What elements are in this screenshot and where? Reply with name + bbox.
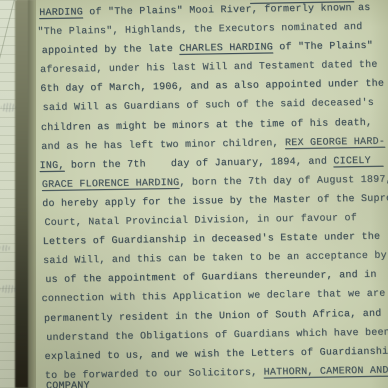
line-text: , born the 7th day of August 1897, xyxy=(179,174,388,188)
margin-annotation xyxy=(1,103,16,112)
facing-page-rule xyxy=(0,0,15,65)
line-text: and as he has left two minor children, xyxy=(41,138,285,153)
line-text: us of the appointment of Guardians there… xyxy=(45,270,376,286)
line-text: "The Plains", Highlands, the Executors n… xyxy=(37,22,362,38)
line-text: Court, Natal Provincial Division, in our… xyxy=(44,213,357,229)
underlined-name: HATHORN, CAMERON AND xyxy=(264,365,388,378)
line-text: aforesaid, under his last Will and Testa… xyxy=(40,60,378,76)
cutoff-word-fragment-bottom: COMPANY xyxy=(46,381,90,388)
margin-annotation xyxy=(0,285,17,293)
line-text: permanently resident in the Union of Sou… xyxy=(44,308,382,324)
line-text: of "The Plains" Mooi River, formerly kno… xyxy=(83,3,371,19)
line-text: said Will as Guardians of such of the sa… xyxy=(43,98,374,114)
underlined-name: HARDING xyxy=(39,7,83,19)
document-lines: HARDING of "The Plains" Mooi River, form… xyxy=(39,0,388,386)
line-text: to be forwarded to our Solicitors, xyxy=(45,367,264,381)
line-text: connection with this Application we decl… xyxy=(42,289,386,305)
underlined-name: ING, xyxy=(39,160,64,171)
underlined-name: REX GEORGE HARD- xyxy=(285,136,385,149)
line-text: understand the Obligations of Guardians … xyxy=(46,327,388,343)
line-text: born the 7th day of January, 1894, and xyxy=(64,156,333,171)
line-text: explained to us, and we wish the Letters… xyxy=(44,346,388,362)
underlined-name: GRACE FLORENCE HARDING xyxy=(42,178,180,191)
scanned-document: AUGUSTUS HARDING of "The Plains" Mooi Ri… xyxy=(0,0,388,388)
line-text: of "The Plains" xyxy=(273,41,373,54)
line-text: said Will, and this can be taken to be a… xyxy=(43,251,387,267)
line-text: 6th day of March, 1906, and as also appo… xyxy=(40,79,384,95)
line-text: appointed by the late xyxy=(42,44,180,57)
line-text: children as might be minors at the time … xyxy=(41,117,372,133)
line-text: Letters of Guardianship in deceased's Es… xyxy=(43,232,381,248)
line-text: do hereby apply for the issue by the Mas… xyxy=(42,193,388,210)
underlined-name: CICELY xyxy=(333,155,383,167)
underlined-name: CHARLES HARDING xyxy=(179,43,273,55)
margin-annotation xyxy=(0,245,10,251)
